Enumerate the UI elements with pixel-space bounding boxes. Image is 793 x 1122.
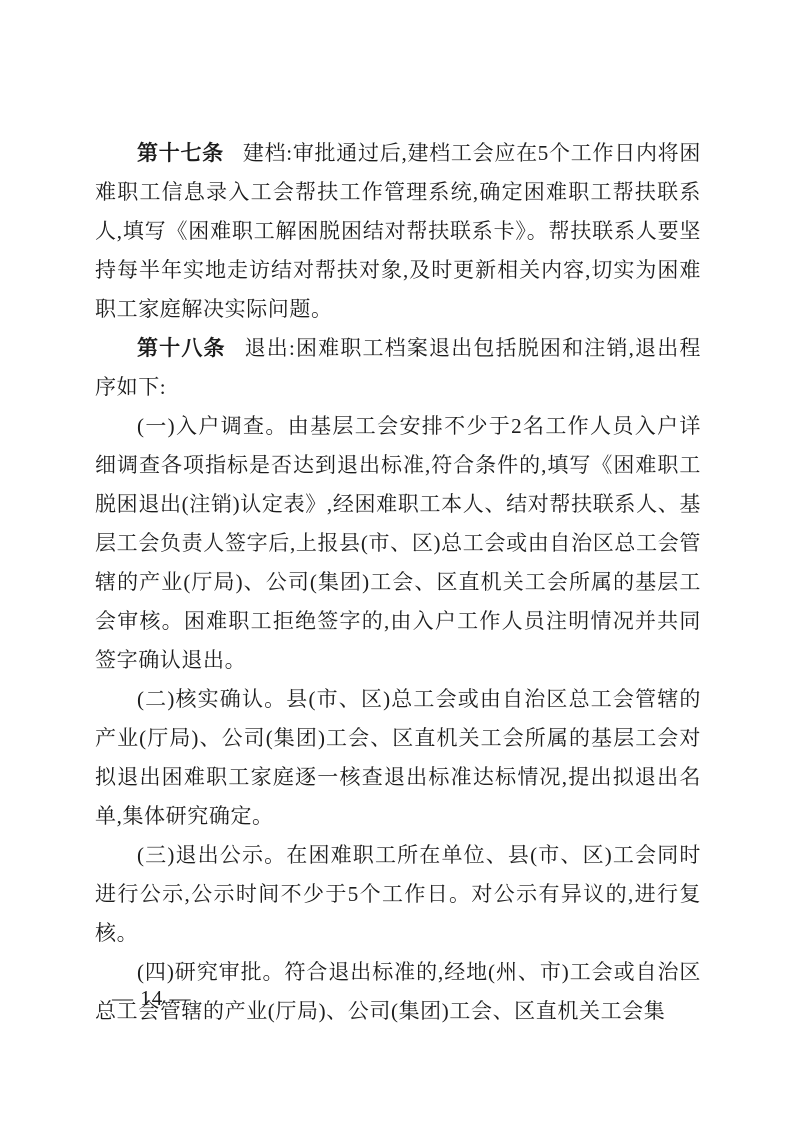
document-body: 第十七条建档:审批通过后,建档工会应在5个工作日内将困难职工信息录入工会帮扶工作… bbox=[95, 134, 701, 1031]
paragraph-item-3: (三)退出公示。在困难职工所在单位、县(市、区)工会同时进行公示,公示时间不少于… bbox=[95, 836, 701, 953]
article-17-heading: 第十七条 bbox=[137, 141, 224, 165]
item-2-text: (二)核实确认。县(市、区)总工会或由自治区总工会管辖的产业(厅局)、公司(集团… bbox=[95, 687, 701, 828]
document-page: 第十七条建档:审批通过后,建档工会应在5个工作日内将困难职工信息录入工会帮扶工作… bbox=[0, 0, 793, 1122]
paragraph-article-18: 第十八条退出:困难职工档案退出包括脱困和注销,退出程序如下: bbox=[95, 329, 701, 407]
page-number: — 14 — bbox=[112, 985, 192, 1011]
item-3-text: (三)退出公示。在困难职工所在单位、县(市、区)工会同时进行公示,公示时间不少于… bbox=[95, 843, 701, 945]
article-17-text: 建档:审批通过后,建档工会应在5个工作日内将困难职工信息录入工会帮扶工作管理系统… bbox=[95, 141, 701, 321]
article-18-heading: 第十八条 bbox=[137, 336, 226, 360]
paragraph-item-1: (一)入户调查。由基层工会安排不少于2名工作人员入户详细调查各项指标是否达到退出… bbox=[95, 407, 701, 680]
paragraph-item-2: (二)核实确认。县(市、区)总工会或由自治区总工会管辖的产业(厅局)、公司(集团… bbox=[95, 680, 701, 836]
paragraph-article-17: 第十七条建档:审批通过后,建档工会应在5个工作日内将困难职工信息录入工会帮扶工作… bbox=[95, 134, 701, 329]
item-1-text: (一)入户调查。由基层工会安排不少于2名工作人员入户详细调查各项指标是否达到退出… bbox=[95, 414, 701, 672]
